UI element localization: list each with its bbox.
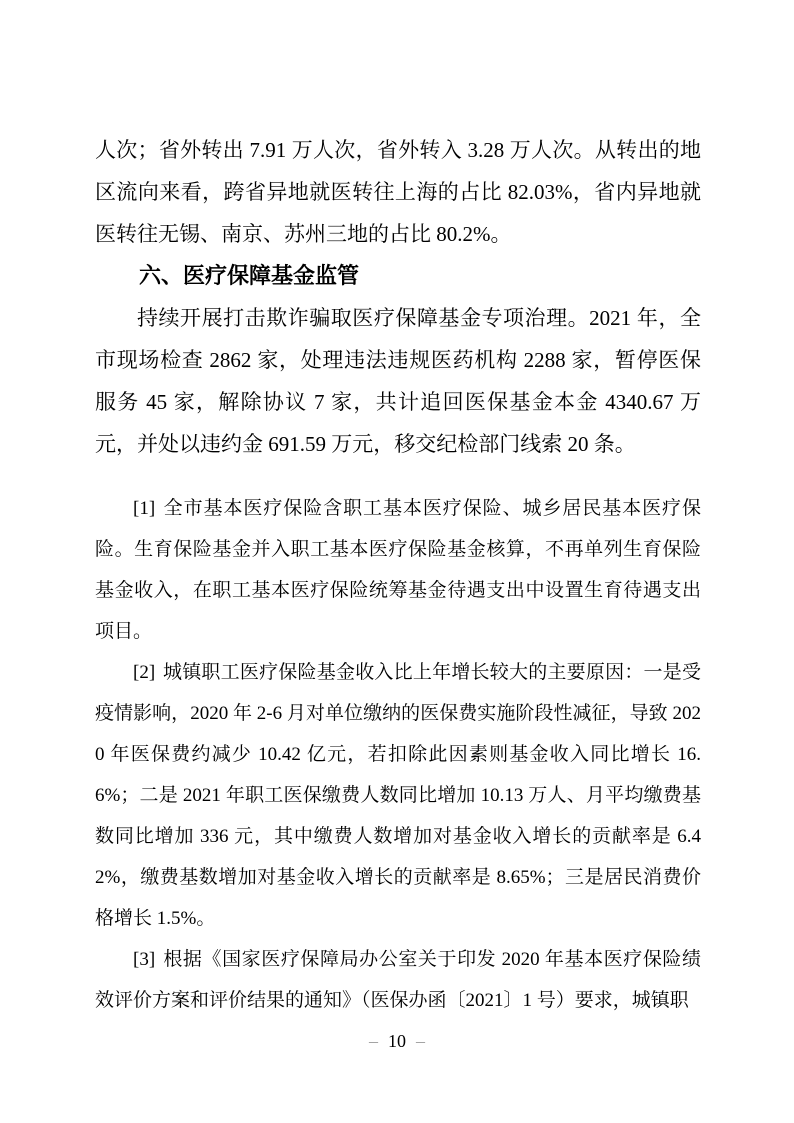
continuation-paragraph: 人次；省外转出 7.91 万人次，省外转入 3.28 万人次。从转出的地区流向来… [95,129,701,255]
page-content: 人次；省外转出 7.91 万人次，省外转入 3.28 万人次。从转出的地区流向来… [95,129,701,1021]
page-footer: –10– [0,1030,794,1052]
footnote-marker: [1] [133,498,155,519]
section-heading: 六、医疗保障基金监管 [95,255,701,297]
footnote-marker: [3] [133,949,155,970]
footnote-text: 全市基本医疗保险含职工基本医疗保险、城乡居民基本医疗保险。生育保险基金并入职工基… [95,498,701,642]
footnotes-section: [1]全市基本医疗保险含职工基本医疗保险、城乡居民基本医疗保险。生育保险基金并入… [95,488,701,1021]
footnote-item: [3]根据《国家医疗保障局办公室关于印发 2020 年基本医疗保险绩效评价方案和… [95,939,701,1021]
footnote-item: [1]全市基本医疗保险含职工基本医疗保险、城乡居民基本医疗保险。生育保险基金并入… [95,488,701,652]
section-paragraph: 持续开展打击欺诈骗取医疗保障基金专项治理。2021 年，全市现场检查 2862 … [95,297,701,465]
page-number: 10 [388,1031,406,1051]
footnote-marker: [2] [133,662,155,683]
document-page: 人次；省外转出 7.91 万人次，省外转入 3.28 万人次。从转出的地区流向来… [0,0,794,1123]
page-number-dash-left: – [359,1031,388,1051]
page-number-dash-right: – [406,1031,435,1051]
footnote-text: 城镇职工医疗保险基金收入比上年增长较大的主要原因：一是受疫情影响，2020 年 … [95,662,701,929]
footnote-text: 根据《国家医疗保障局办公室关于印发 2020 年基本医疗保险绩效评价方案和评价结… [95,949,701,1011]
footnote-item: [2]城镇职工医疗保险基金收入比上年增长较大的主要原因：一是受疫情影响，2020… [95,652,701,939]
